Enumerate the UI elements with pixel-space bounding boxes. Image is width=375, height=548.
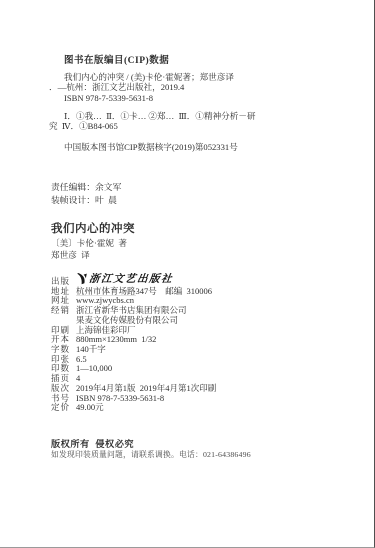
colophon-page: 图书在版编目(CIP)数据 我们内心的冲突 / (美)卡伦·霍妮著；郑世彦译 ．… bbox=[0, 0, 375, 548]
cip-title-statement: 我们内心的冲突 / (美)卡伦·霍妮著；郑世彦译 bbox=[64, 72, 234, 82]
publisher-logo-subtext-line bbox=[76, 295, 186, 296]
cip-header: 图书在版编目(CIP)数据 bbox=[64, 52, 169, 66]
book-author-line: 〔美〕卡伦·霍妮 著 bbox=[51, 238, 135, 248]
publication-details: 出版 浙江文艺出版社 地址 杭州市体育场路347号 邮编 310006 bbox=[51, 277, 216, 413]
publisher-logo-icon bbox=[76, 273, 87, 285]
book-title-block: 我们内心的冲突 〔美〕卡伦·霍妮 著 郑世彦 译 bbox=[51, 222, 135, 261]
book-title: 我们内心的冲突 bbox=[51, 222, 135, 236]
cip-class-line2: 究 Ⅳ．①B84-065 bbox=[49, 121, 256, 131]
cip-description: 我们内心的冲突 / (美)卡伦·霍妮著；郑世彦译 ．—杭州：浙江文艺出版社，20… bbox=[49, 72, 234, 103]
book-translator-line: 郑世彦 译 bbox=[51, 250, 135, 260]
copyright-notice: 版权所有 侵权必究 bbox=[51, 436, 134, 450]
cip-record-number: 中国版本图书馆CIP数据核字(2019)第052331号 bbox=[64, 141, 238, 153]
cip-classification: Ⅰ．①我… Ⅱ．①卡… ②郑… Ⅲ．①精神分析－研 究 Ⅳ．①B84-065 bbox=[49, 111, 256, 132]
pub-value: 1—10,000 bbox=[76, 364, 112, 374]
cip-imprint-line: ．—杭州：浙江文艺出版社，2019.4 bbox=[49, 82, 234, 92]
cip-class-line1: Ⅰ．①我… Ⅱ．①卡… ②郑… Ⅲ．①精神分析－研 bbox=[64, 111, 256, 121]
responsible-editor-line: 责任编辑：余文军 bbox=[51, 181, 121, 194]
designer-line: 装帧设计：叶 晨 bbox=[51, 194, 121, 207]
pub-label: 定价 bbox=[51, 403, 70, 413]
quality-service-line: 如发现印装质量问题，请联系调换。电话：021-64386496 bbox=[51, 449, 251, 460]
pub-value: 49.00元 bbox=[76, 403, 104, 413]
publisher-logo-name: 浙江文艺出版社 bbox=[88, 274, 173, 285]
pub-row-price: 定价 49.00元 bbox=[51, 403, 216, 413]
pub-label: 经销 bbox=[51, 306, 70, 316]
credits-block: 责任编辑：余文军 装帧设计：叶 晨 bbox=[51, 181, 121, 206]
cip-isbn-line: ISBN 978-7-5339-5631-8 bbox=[64, 93, 234, 103]
